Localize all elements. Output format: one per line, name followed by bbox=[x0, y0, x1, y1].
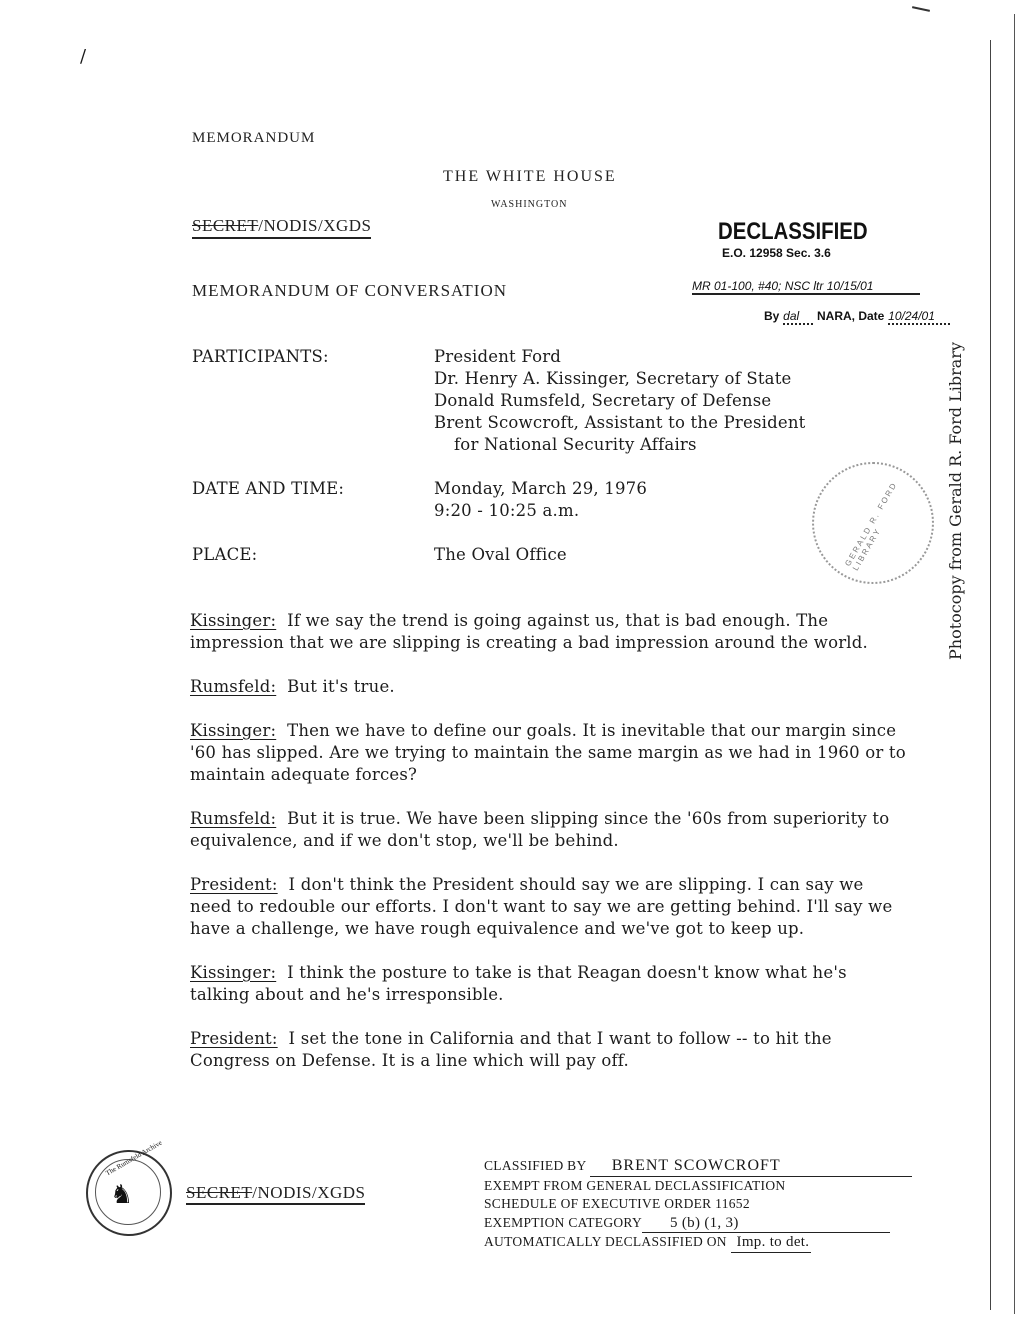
declassified-stamp: DECLASSIFIED E.O. 12958 Sec. 3.6 bbox=[718, 218, 928, 260]
exempt-line-1: EXEMPT FROM GENERAL DECLASSIFICATION bbox=[484, 1177, 912, 1196]
declass-authority: E.O. 12958 Sec. 3.6 bbox=[722, 246, 928, 260]
declass-by-line: By dal NARA, Date 10/24/01 bbox=[764, 309, 950, 325]
library-side-note: Photocopy from Gerald R. Ford Library bbox=[946, 342, 965, 660]
date-value: Monday, March 29, 1976 9:20 - 10:25 a.m. bbox=[434, 478, 647, 522]
dialogue-entry: Kissinger: Then we have to define our go… bbox=[190, 720, 910, 786]
participants-label: PARTICIPANTS: bbox=[192, 346, 329, 368]
dialogue-text: I think the posture to take is that Reag… bbox=[190, 963, 847, 1004]
classification-struck: SECRET bbox=[186, 1183, 252, 1202]
participant: Brent Scowcroft, Assistant to the Presid… bbox=[434, 412, 806, 434]
seal-text: GERALD R. FORD LIBRARY bbox=[843, 470, 913, 573]
declass-reference: MR 01-100, #40; NSC ltr 10/15/01 bbox=[692, 279, 920, 295]
place-label: PLACE: bbox=[192, 544, 257, 566]
library-seal: GERALD R. FORD LIBRARY bbox=[812, 462, 934, 584]
by-initials: dal bbox=[783, 309, 813, 325]
date-label: DATE AND TIME: bbox=[192, 478, 344, 500]
speaker-label: Kissinger: bbox=[190, 963, 276, 982]
dialogue-entry: Kissinger: I think the posture to take i… bbox=[190, 962, 910, 1006]
date-text: Monday, March 29, 1976 bbox=[434, 478, 647, 500]
org-title: THE WHITE HOUSE bbox=[443, 168, 617, 186]
dialogue-text: But it is true. We have been slipping si… bbox=[190, 809, 889, 850]
agency-label: NARA, Date bbox=[817, 309, 884, 323]
speaker-label: Kissinger: bbox=[190, 721, 276, 740]
dialogue-entry: Rumsfeld: But it's true. bbox=[190, 676, 910, 698]
classification-header: SECRET/NODIS/XGDS bbox=[192, 216, 371, 239]
org-city: WASHINGTON bbox=[491, 199, 567, 210]
dialogue-text: I don't think the President should say w… bbox=[190, 875, 892, 938]
exempt-line-2: SCHEDULE OF EXECUTIVE ORDER 11652 bbox=[484, 1195, 912, 1214]
classification-footer: SECRET/NODIS/XGDS bbox=[186, 1183, 365, 1205]
dialogue-entry: Kissinger: If we say the trend is going … bbox=[190, 610, 910, 654]
participant-continuation: for National Security Affairs bbox=[434, 434, 806, 456]
declass-date: 10/24/01 bbox=[888, 309, 950, 325]
dialogue-entry: President: I set the tone in California … bbox=[190, 1028, 910, 1072]
classified-by-label: CLASSIFIED BY bbox=[484, 1158, 586, 1173]
rumsfeld-archive-logo: The Rumsfeld Archive ♞ bbox=[86, 1150, 172, 1236]
declass-title: DECLASSIFIED bbox=[718, 218, 897, 246]
edge-line-left bbox=[990, 40, 991, 1310]
edge-line-right bbox=[1014, 14, 1015, 1314]
time-text: 9:20 - 10:25 a.m. bbox=[434, 500, 647, 522]
by-label: By bbox=[764, 309, 779, 323]
speaker-label: President: bbox=[190, 875, 278, 894]
speaker-label: Rumsfeld: bbox=[190, 809, 276, 828]
speaker-label: Kissinger: bbox=[190, 611, 276, 630]
pen-stroke bbox=[912, 6, 930, 12]
classification-struck: SECRET bbox=[192, 216, 258, 235]
dialogue-entry: President: I don't think the President s… bbox=[190, 874, 910, 940]
horse-icon: ♞ bbox=[110, 1182, 133, 1208]
classified-by-line: CLASSIFIED BY BRENT SCOWCROFT bbox=[484, 1157, 912, 1177]
speaker-label: President: bbox=[190, 1029, 278, 1048]
participant: Donald Rumsfeld, Secretary of Defense bbox=[434, 390, 806, 412]
classified-by-value: BRENT SCOWCROFT bbox=[590, 1157, 912, 1177]
dialogue-text: Then we have to define our goals. It is … bbox=[190, 721, 906, 784]
stray-mark: / bbox=[80, 46, 86, 67]
category-label: EXEMPTION CATEGORY bbox=[484, 1215, 642, 1230]
classification-rest: /NODIS/XGDS bbox=[258, 216, 371, 235]
dialogue-text: But it's true. bbox=[287, 677, 395, 696]
doc-type: MEMORANDUM OF CONVERSATION bbox=[192, 281, 507, 301]
classification-rest: /NODIS/XGDS bbox=[252, 1183, 365, 1202]
category-line: EXEMPTION CATEGORY5 (b) (1, 3) bbox=[484, 1214, 912, 1234]
auto-declass-value: Imp. to det. bbox=[731, 1233, 812, 1253]
category-value: 5 (b) (1, 3) bbox=[642, 1214, 890, 1234]
memo-label: MEMORANDUM bbox=[192, 130, 315, 147]
participant: Dr. Henry A. Kissinger, Secretary of Sta… bbox=[434, 368, 806, 390]
place-value: The Oval Office bbox=[434, 544, 567, 566]
speaker-label: Rumsfeld: bbox=[190, 677, 276, 696]
participant: President Ford bbox=[434, 346, 806, 368]
auto-declass-label: AUTOMATICALLY DECLASSIFIED ON bbox=[484, 1234, 727, 1249]
classification-block: CLASSIFIED BY BRENT SCOWCROFT EXEMPT FRO… bbox=[484, 1157, 912, 1253]
auto-declass-line: AUTOMATICALLY DECLASSIFIED ON Imp. to de… bbox=[484, 1233, 912, 1253]
dialogue-entry: Rumsfeld: But it is true. We have been s… bbox=[190, 808, 910, 852]
dialogue-text: I set the tone in California and that I … bbox=[190, 1029, 832, 1070]
participants-list: President Ford Dr. Henry A. Kissinger, S… bbox=[434, 346, 806, 456]
dialogue: Kissinger: If we say the trend is going … bbox=[190, 610, 910, 1072]
dialogue-text: If we say the trend is going against us,… bbox=[190, 611, 868, 652]
